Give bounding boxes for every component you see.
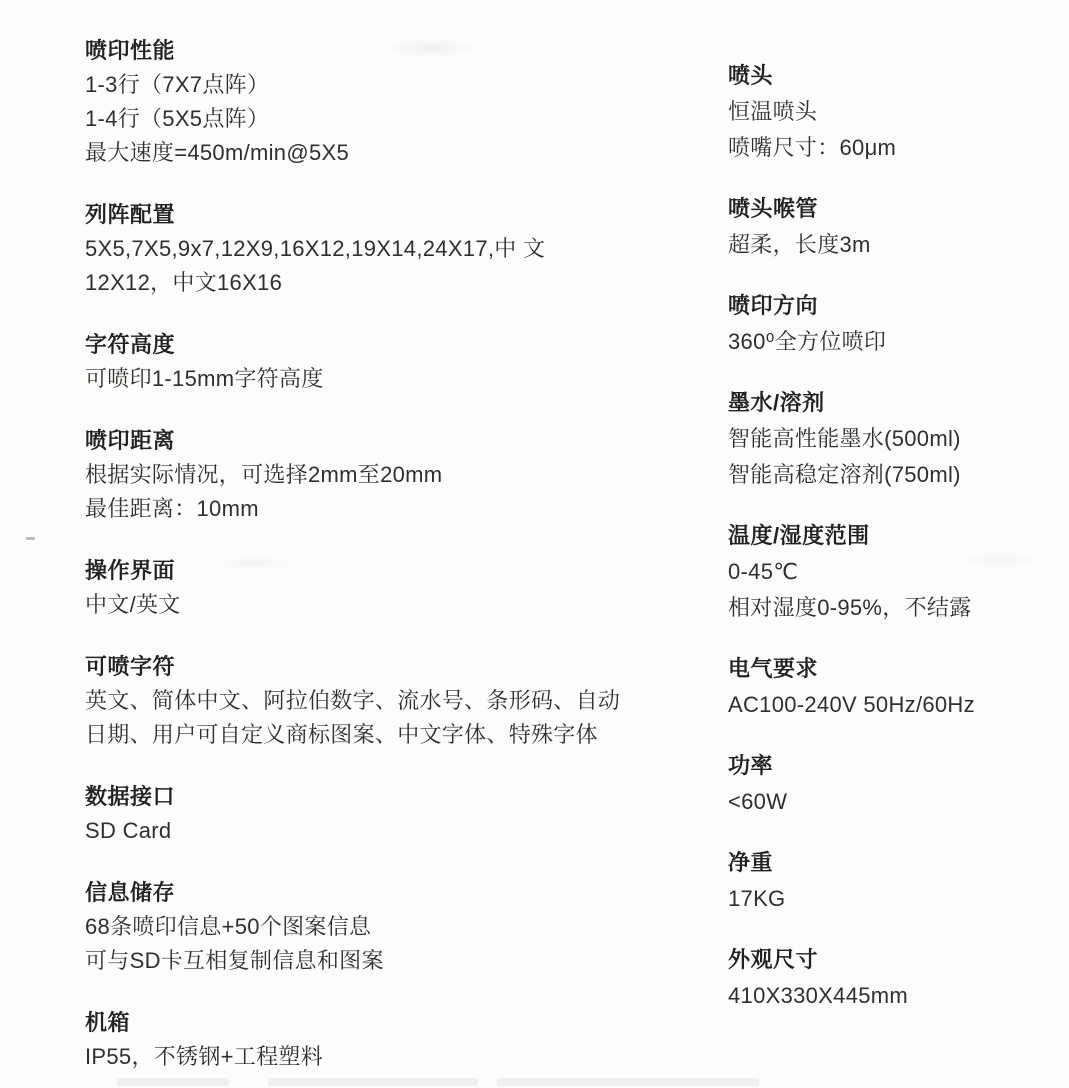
section-title: 墨水/溶剂 <box>728 385 1058 421</box>
spec-line: 超柔，长度3m <box>728 227 1058 263</box>
spec-sheet: 喷印性能 1-3行（7X7点阵） 1-4行（5X5点阵） 最大速度=450m/m… <box>0 0 1069 1088</box>
section-title: 操作界面 <box>85 554 630 588</box>
spec-section-chassis: 机箱 IP55，不锈钢+工程塑料 <box>85 1006 630 1074</box>
section-title: 外观尺寸 <box>728 942 1058 978</box>
spec-section-print-distance: 喷印距离 根据实际情况，可选择2mm至20mm 最佳距离：10mm <box>85 424 630 526</box>
section-title: 可喷字符 <box>85 650 630 684</box>
spec-line: 17KG <box>728 881 1058 917</box>
spec-line: 智能高性能墨水(500ml) <box>728 421 1058 457</box>
section-title: 温度/湿度范围 <box>728 518 1058 554</box>
spec-section-data-interface: 数据接口 SD Card <box>85 780 630 848</box>
spec-line: 0-45℃ <box>728 554 1058 590</box>
bottom-strip-segment <box>497 1078 759 1086</box>
spec-section-matrix-config: 列阵配置 5X5,7X5,9x7,12X9,16X12,19X14,24X17,… <box>85 198 630 300</box>
right-column: 喷头 恒温喷头 喷嘴尺寸：60μm 喷头喉管 超柔，长度3m 喷印方向 360⁰… <box>728 0 1058 1014</box>
spec-section-net-weight: 净重 17KG <box>728 845 1058 917</box>
section-title: 喷印距离 <box>85 424 630 458</box>
spec-section-print-direction: 喷印方向 360⁰全方位喷印 <box>728 288 1058 360</box>
spec-line: 英文、简体中文、阿拉伯数字、流水号、条形码、自动 <box>85 684 630 718</box>
section-title: 喷印方向 <box>728 288 1058 324</box>
spec-line: 68条喷印信息+50个图案信息 <box>85 910 630 944</box>
section-title: 信息储存 <box>85 876 630 910</box>
spec-line: 可喷印1-15mm字符高度 <box>85 362 630 396</box>
photo-smudge <box>26 537 35 540</box>
spec-line: 最佳距离：10mm <box>85 492 630 526</box>
bottom-strip-segment <box>268 1078 478 1086</box>
spec-line: 中文/英文 <box>85 588 630 622</box>
bottom-strip <box>0 1078 1069 1086</box>
spec-line: 根据实际情况，可选择2mm至20mm <box>85 458 630 492</box>
spec-line: 可与SD卡互相复制信息和图案 <box>85 944 630 978</box>
section-title: 列阵配置 <box>85 198 630 232</box>
spec-line: 喷嘴尺寸：60μm <box>728 130 1058 166</box>
section-title: 喷头喉管 <box>728 191 1058 227</box>
spec-section-dimensions: 外观尺寸 410X330X445mm <box>728 942 1058 1014</box>
section-title: 机箱 <box>85 1006 630 1040</box>
spec-section-printhead: 喷头 恒温喷头 喷嘴尺寸：60μm <box>728 58 1058 166</box>
spec-line: 恒温喷头 <box>728 94 1058 130</box>
spec-section-operation-interface: 操作界面 中文/英文 <box>85 554 630 622</box>
spec-section-temperature-humidity: 温度/湿度范围 0-45℃ 相对湿度0-95%，不结露 <box>728 518 1058 626</box>
spec-line: <60W <box>728 784 1058 820</box>
spec-section-printhead-conduit: 喷头喉管 超柔，长度3m <box>728 191 1058 263</box>
spec-line: 12X12，中文16X16 <box>85 266 630 300</box>
spec-line: AC100-240V 50Hz/60Hz <box>728 687 1058 723</box>
spec-columns: 喷印性能 1-3行（7X7点阵） 1-4行（5X5点阵） 最大速度=450m/m… <box>0 0 1069 1074</box>
section-title: 功率 <box>728 748 1058 784</box>
section-title: 数据接口 <box>85 780 630 814</box>
spec-line: 360⁰全方位喷印 <box>728 324 1058 360</box>
spec-section-message-storage: 信息储存 68条喷印信息+50个图案信息 可与SD卡互相复制信息和图案 <box>85 876 630 978</box>
spec-line: 1-4行（5X5点阵） <box>85 102 630 136</box>
spec-line: 5X5,7X5,9x7,12X9,16X12,19X14,24X17,中 文 <box>85 232 630 266</box>
spec-line: IP55，不锈钢+工程塑料 <box>85 1040 630 1074</box>
spec-section-print-performance: 喷印性能 1-3行（7X7点阵） 1-4行（5X5点阵） 最大速度=450m/m… <box>85 34 630 170</box>
section-title: 电气要求 <box>728 651 1058 687</box>
bottom-strip-segment <box>117 1078 229 1086</box>
spec-section-printable-characters: 可喷字符 英文、简体中文、阿拉伯数字、流水号、条形码、自动 日期、用户可自定义商… <box>85 650 630 752</box>
left-column: 喷印性能 1-3行（7X7点阵） 1-4行（5X5点阵） 最大速度=450m/m… <box>85 0 630 1074</box>
section-title: 字符高度 <box>85 328 630 362</box>
section-title: 喷印性能 <box>85 34 630 68</box>
spec-section-ink-solvent: 墨水/溶剂 智能高性能墨水(500ml) 智能高稳定溶剂(750ml) <box>728 385 1058 493</box>
section-title: 净重 <box>728 845 1058 881</box>
spec-line: 最大速度=450m/min@5X5 <box>85 136 630 170</box>
spec-line: 1-3行（7X7点阵） <box>85 68 630 102</box>
spec-line: SD Card <box>85 814 630 848</box>
spec-line: 日期、用户可自定义商标图案、中文字体、特殊字体 <box>85 718 630 752</box>
spec-section-electrical-requirements: 电气要求 AC100-240V 50Hz/60Hz <box>728 651 1058 723</box>
spec-line: 智能高稳定溶剂(750ml) <box>728 457 1058 493</box>
spec-section-character-height: 字符高度 可喷印1-15mm字符高度 <box>85 328 630 396</box>
spec-section-power: 功率 <60W <box>728 748 1058 820</box>
spec-line: 410X330X445mm <box>728 978 1058 1014</box>
section-title: 喷头 <box>728 58 1058 94</box>
spec-line: 相对湿度0-95%，不结露 <box>728 590 1058 626</box>
